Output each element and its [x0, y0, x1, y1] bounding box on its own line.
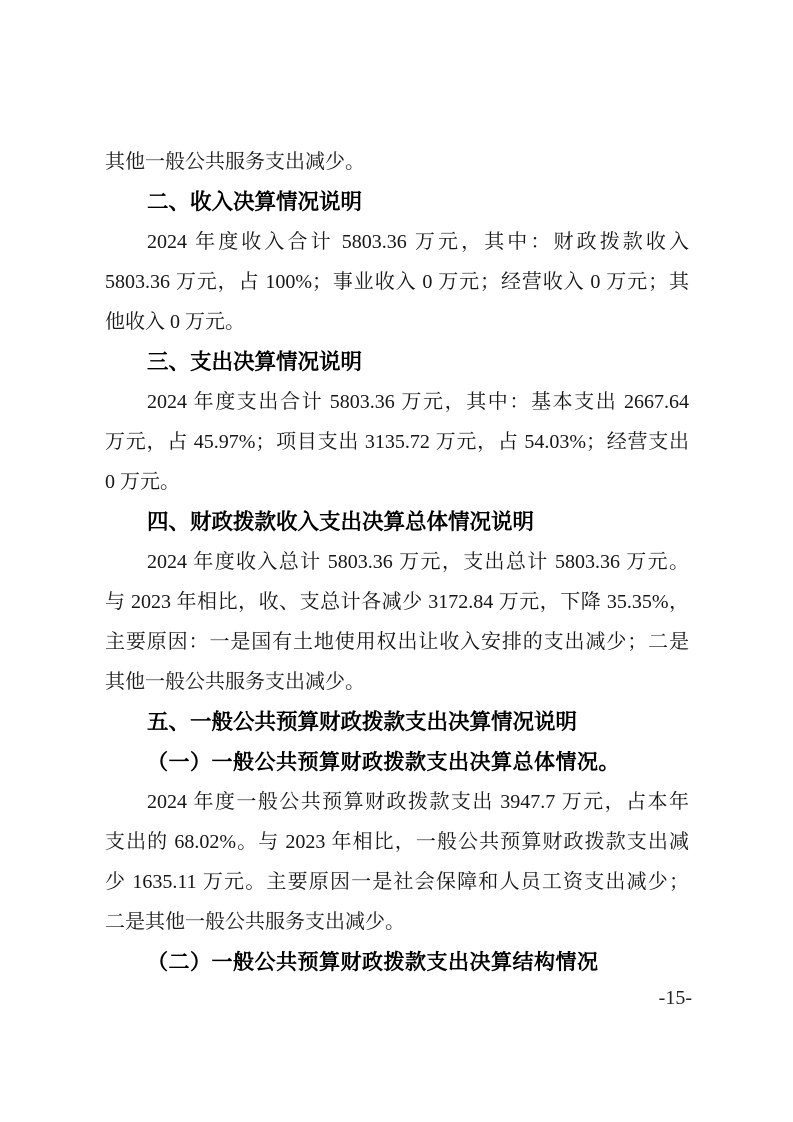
section-3-heading: 三、支出决算情况说明: [105, 342, 689, 382]
section-4-paragraph-line: 与 2023 年相比，收、支总计各减少 3172.84 万元，下降 35.35%…: [105, 582, 689, 622]
section-2-paragraph-line: 他收入 0 万元。: [105, 302, 689, 342]
text-column: 其他一般公共服务支出减少。 二、收入决算情况说明 2024 年度收入合计 580…: [105, 142, 689, 982]
page-number: -15-: [659, 984, 692, 1012]
section-4-heading: 四、财政拨款收入支出决算总体情况说明: [105, 502, 689, 542]
section-5-sub-1-paragraph-line: 二是其他一般公共服务支出减少。: [105, 902, 689, 942]
section-3-paragraph-line: 2024 年度支出合计 5803.36 万元，其中：基本支出 2667.64: [105, 382, 689, 422]
document-page: 其他一般公共服务支出减少。 二、收入决算情况说明 2024 年度收入合计 580…: [0, 0, 793, 1122]
section-2-paragraph-line: 5803.36 万元，占 100%；事业收入 0 万元；经营收入 0 万元；其: [105, 262, 689, 302]
section-5-sub-1-paragraph-line: 少 1635.11 万元。主要原因一是社会保障和人员工资支出减少；: [105, 862, 689, 902]
section-2-heading: 二、收入决算情况说明: [105, 182, 689, 222]
section-5-sub-1-paragraph-line: 2024 年度一般公共预算财政拨款支出 3947.7 万元，占本年: [105, 782, 689, 822]
section-5-sub-1-paragraph-line: 支出的 68.02%。与 2023 年相比，一般公共预算财政拨款支出减: [105, 822, 689, 862]
section-4-paragraph-line: 主要原因：一是国有土地使用权出让收入安排的支出减少；二是: [105, 622, 689, 662]
section-4-paragraph-line: 其他一般公共服务支出减少。: [105, 662, 689, 702]
section-5-heading: 五、一般公共预算财政拨款支出决算情况说明: [105, 702, 689, 742]
section-2-paragraph-line: 2024 年度收入合计 5803.36 万元，其中：财政拨款收入: [105, 222, 689, 262]
section-5-sub-2-heading: （二）一般公共预算财政拨款支出决算结构情况: [105, 942, 689, 982]
section-3-paragraph-line: 0 万元。: [105, 462, 689, 502]
section-5-sub-1-heading: （一）一般公共预算财政拨款支出决算总体情况。: [105, 742, 689, 782]
section-3-paragraph-line: 万元，占 45.97%；项目支出 3135.72 万元，占 54.03%；经营支…: [105, 422, 689, 462]
section-4-paragraph-line: 2024 年度收入总计 5803.36 万元，支出总计 5803.36 万元。: [105, 542, 689, 582]
carryover-paragraph-line: 其他一般公共服务支出减少。: [105, 142, 689, 182]
